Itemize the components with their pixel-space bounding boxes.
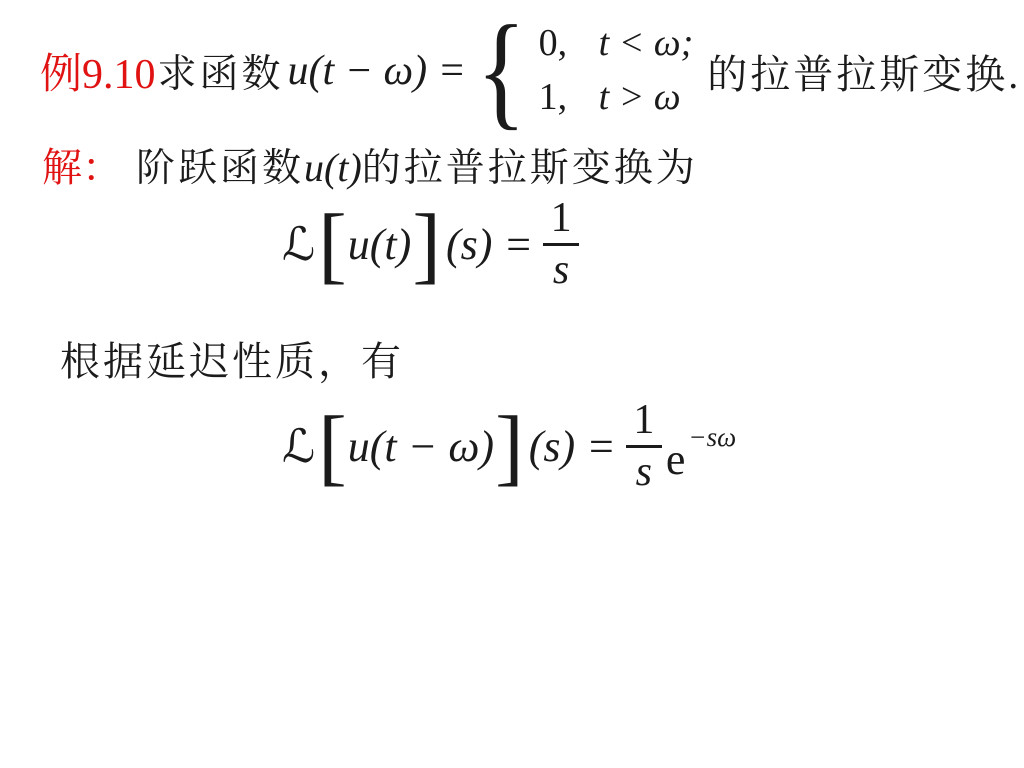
fraction-bar <box>543 243 579 246</box>
problem-tail-text: 的拉普拉斯变换. <box>707 43 1021 100</box>
fraction-numerator: 1 <box>551 196 572 240</box>
fraction-bar <box>626 445 662 448</box>
equals-part: (s) = <box>529 421 616 472</box>
exponential-base: e <box>666 438 686 482</box>
cases-column: 0, t < ω; 1, t > ω <box>539 23 694 119</box>
solution-text-before: 阶跃函数 <box>136 137 304 193</box>
example-number-label: 例9.10 <box>40 41 156 101</box>
right-bracket: ] <box>412 210 441 279</box>
solution-inline-math: u(t) <box>304 144 362 191</box>
exponential-term: e −sω <box>666 424 736 468</box>
fraction: 1 s <box>626 398 662 494</box>
solution-text-after: 的拉普拉斯变换为 <box>362 137 698 193</box>
equals-part: (s) = <box>446 219 533 270</box>
formula-laplace-step: ℒ [ u(t) ] (s) = 1 s <box>282 196 579 292</box>
problem-lead-text: 求函数 <box>158 43 284 99</box>
lecture-slide: 例9.10 求函数 u(t − ω) = { 0, t < ω; 1, t > … <box>0 0 1024 768</box>
delay-property-text: 根据延迟性质，有 <box>60 330 404 387</box>
function-lhs: u(t − ω) = <box>288 47 466 95</box>
left-bracket: [ <box>318 412 347 481</box>
case-condition-bottom: t > ω <box>599 77 681 119</box>
right-bracket: ] <box>495 412 524 481</box>
formula-argument: u(t) <box>348 219 412 270</box>
piecewise-cases: { 0, t < ω; 1, t > ω <box>472 10 693 132</box>
fraction-denominator: s <box>636 450 652 494</box>
fraction: 1 s <box>543 196 579 292</box>
fraction-denominator: s <box>553 248 569 292</box>
left-bracket: [ <box>318 210 347 279</box>
case-value-bottom: 1, <box>539 77 599 119</box>
cases-brace: { <box>476 7 526 135</box>
exponential-exponent: −sω <box>688 422 736 453</box>
formula-laplace-result: ℒ [ u(t − ω) ] (s) = 1 s e −sω <box>282 398 736 494</box>
solution-label: 解： <box>42 136 122 193</box>
formula-argument: u(t − ω) <box>348 421 494 472</box>
case-condition-top: t < ω; <box>599 23 694 65</box>
solution-line: 解： 阶跃函数 u(t) 的拉普拉斯变换为 <box>42 136 698 193</box>
case-value-top: 0, <box>539 23 599 65</box>
fraction-numerator: 1 <box>633 398 654 442</box>
case-row-top: 0, t < ω; <box>539 23 694 65</box>
laplace-operator: ℒ <box>282 419 315 473</box>
laplace-operator: ℒ <box>282 217 315 271</box>
case-row-bottom: 1, t > ω <box>539 77 694 119</box>
problem-statement-line: 例9.10 求函数 u(t − ω) = { 0, t < ω; 1, t > … <box>40 12 1021 130</box>
